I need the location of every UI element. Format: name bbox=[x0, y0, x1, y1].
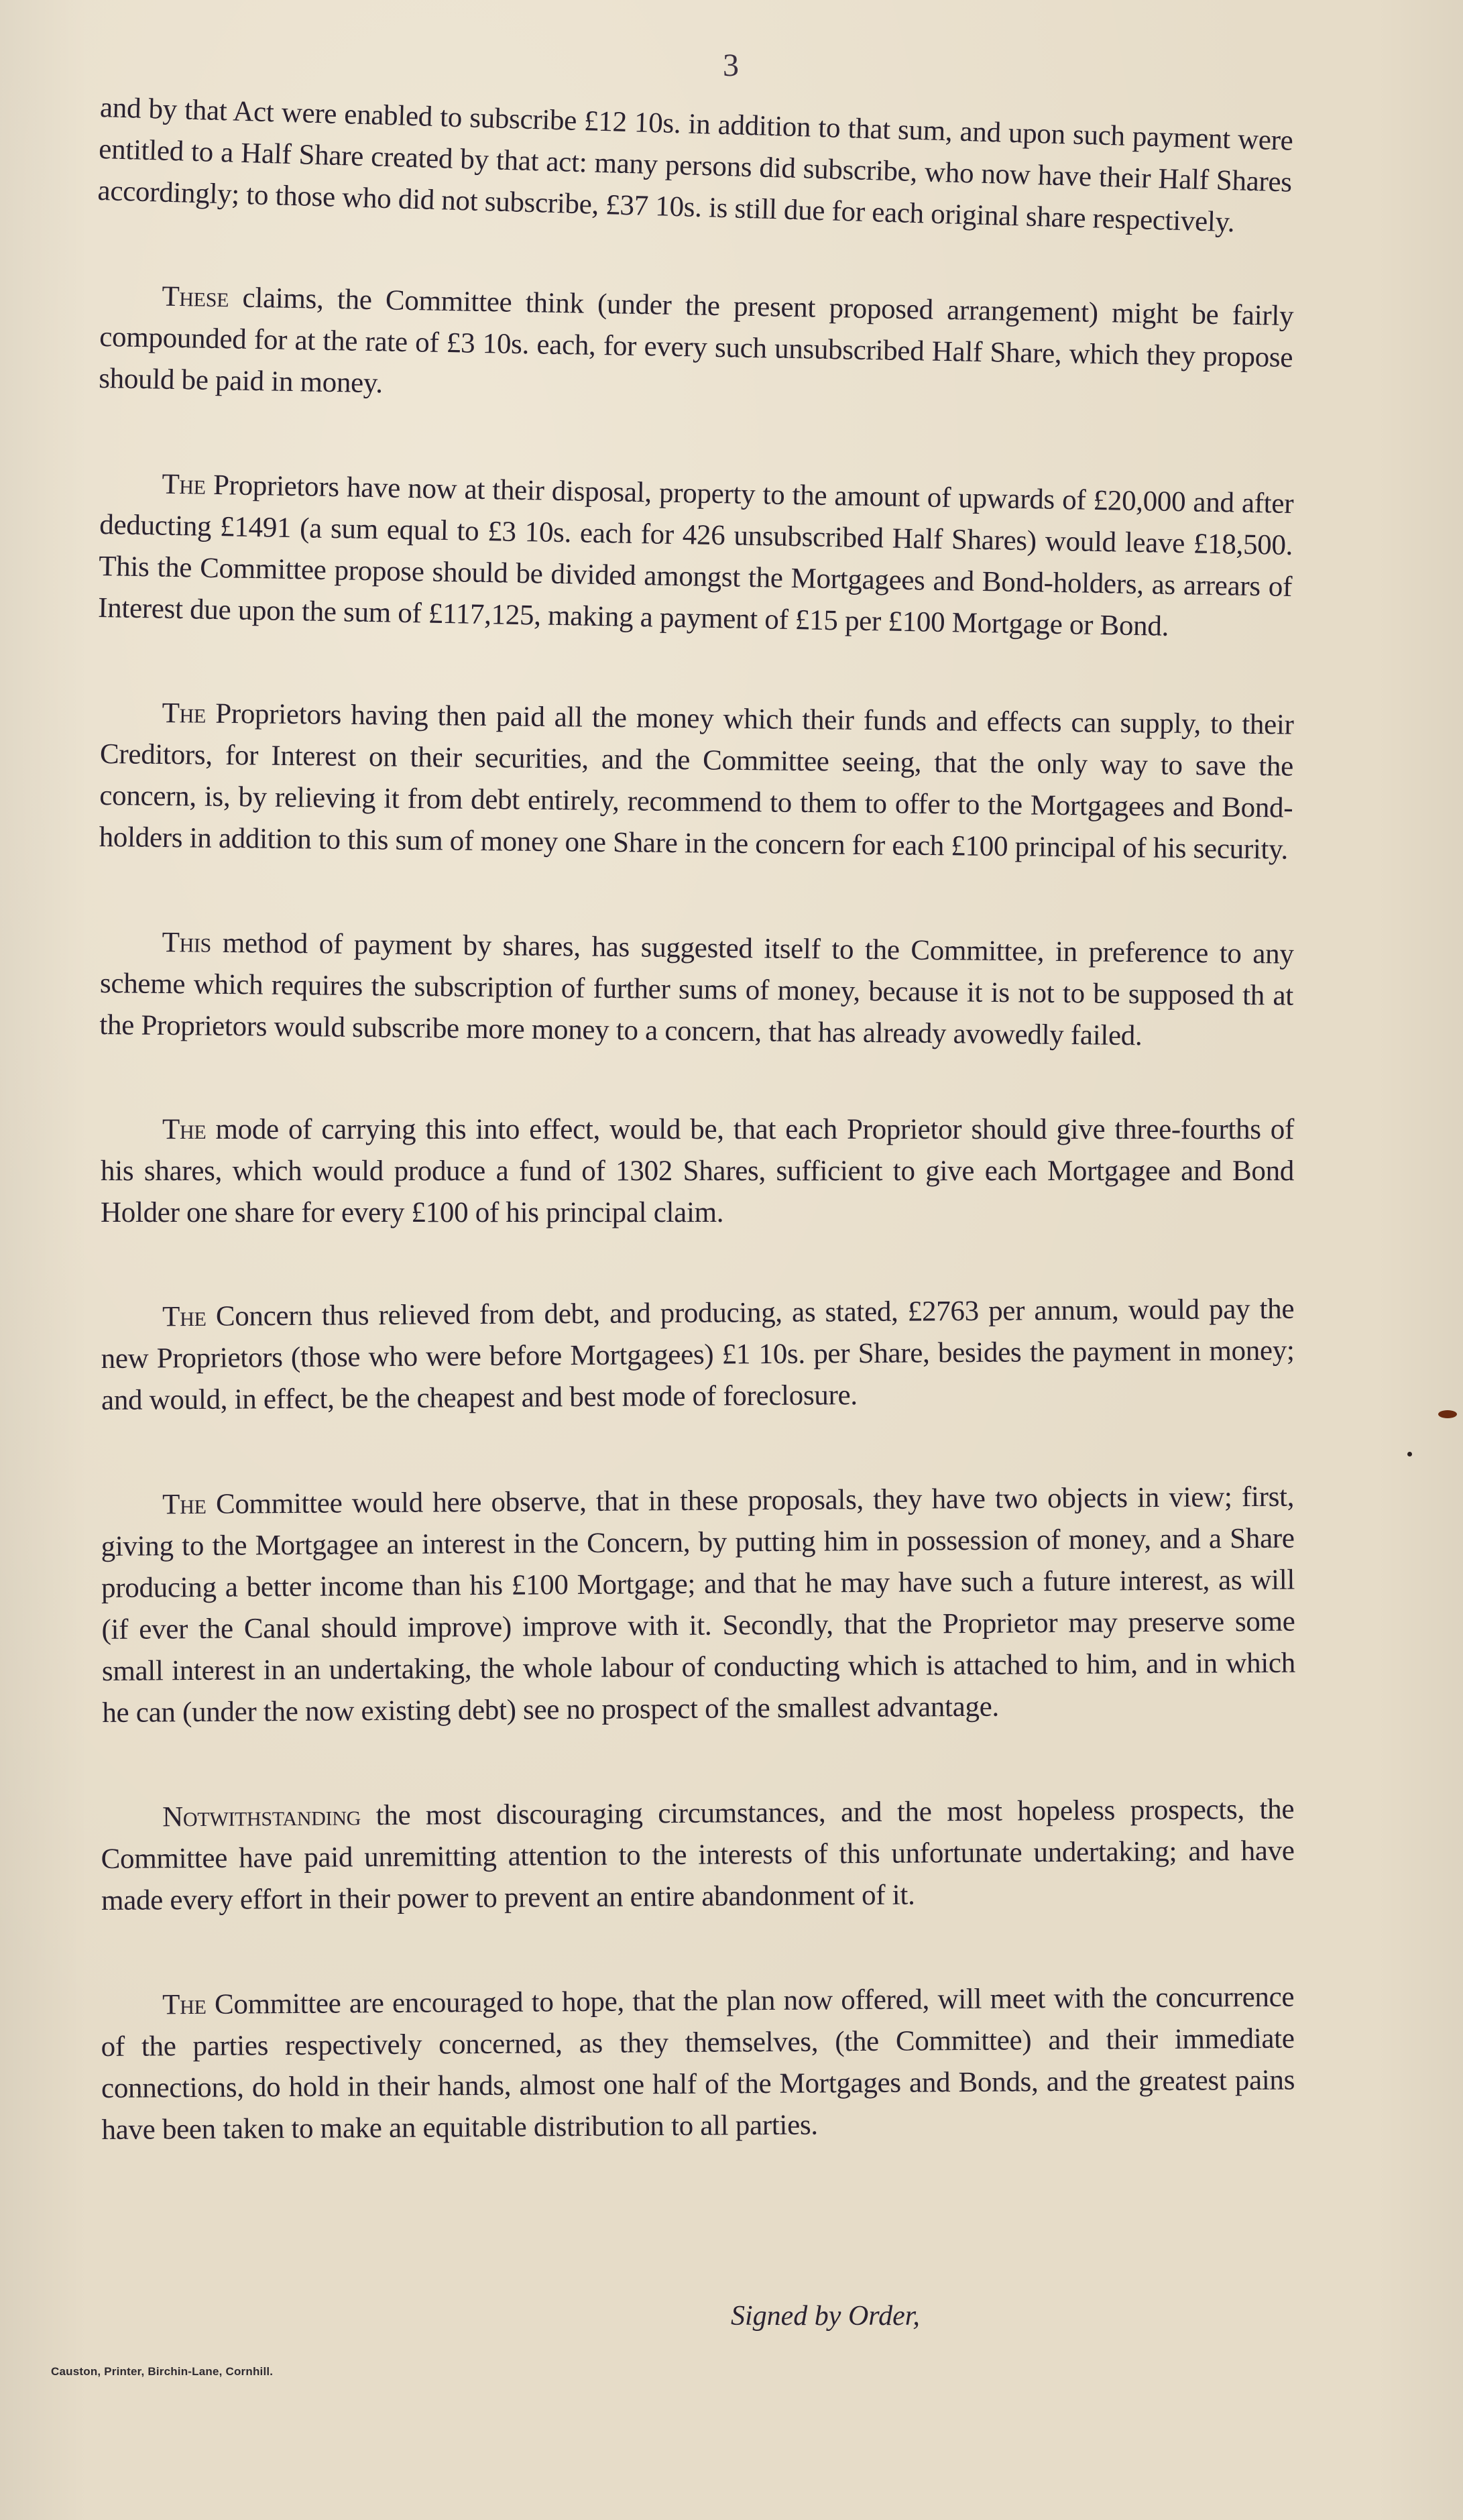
paragraph-encouraged: The Committee are encouraged to hope, th… bbox=[101, 1977, 1295, 2151]
paper-speck-mark bbox=[1407, 1452, 1412, 1456]
paragraph-lead: The bbox=[162, 697, 206, 730]
paragraph-text: method of payment by shares, has suggest… bbox=[99, 927, 1294, 1052]
paragraph-text: mode of carrying this into effect, would… bbox=[101, 1114, 1294, 1228]
paragraph-text: and by that Act were enabled to subscrib… bbox=[97, 92, 1293, 238]
paragraph-lead: The bbox=[162, 1114, 206, 1145]
paragraph-mode: The mode of carrying this into effect, w… bbox=[101, 1109, 1294, 1234]
paragraph-concern-relieved: The Concern thus relieved from debt, and… bbox=[101, 1289, 1295, 1422]
paragraph-payment-by-shares: This method of payment by shares, has su… bbox=[99, 921, 1294, 1059]
paragraph-disposal: The Proprietors have now at their dispos… bbox=[98, 463, 1294, 650]
paragraph-claims: These claims, the Committee think (under… bbox=[99, 275, 1294, 420]
paragraph-lead: This bbox=[162, 927, 211, 959]
paragraph-creditors: The Proprietors having then paid all the… bbox=[99, 692, 1293, 871]
printer-imprint: Causton, Printer, Birchin-Lane, Cornhill… bbox=[51, 2365, 273, 2379]
paragraph-continuation: and by that Act were enabled to subscrib… bbox=[97, 87, 1293, 245]
paragraph-text: Committee would here observe, that in th… bbox=[101, 1481, 1295, 1729]
paragraph-lead: The bbox=[162, 469, 206, 501]
paragraph-text: claims, the Committee think (under the p… bbox=[99, 282, 1294, 399]
body-text: and by that Act were enabled to subscrib… bbox=[101, 87, 1294, 2214]
signature-line: Signed by Order, bbox=[731, 2300, 920, 2332]
page-number: 3 bbox=[704, 47, 758, 84]
paragraph-lead: The bbox=[162, 1489, 207, 1520]
paragraph-lead: These bbox=[162, 281, 229, 314]
paragraph-two-objects: The Committee would here observe, that i… bbox=[101, 1477, 1296, 1734]
document-page: 3 and by that Act were enabled to subscr… bbox=[0, 0, 1463, 2520]
paragraph-text: Proprietors having then paid all the mon… bbox=[99, 698, 1293, 866]
paragraph-text: Committee are encouraged to hope, that t… bbox=[101, 1982, 1295, 2146]
paragraph-lead: Notwithstanding bbox=[162, 1800, 361, 1833]
paragraph-lead: The bbox=[162, 1301, 207, 1332]
paragraph-text: Proprietors have now at their disposal, … bbox=[98, 469, 1294, 642]
paragraph-text: Concern thus relieved from debt, and pro… bbox=[101, 1294, 1294, 1416]
paper-stain-mark bbox=[1438, 1410, 1457, 1418]
paragraph-lead: The bbox=[162, 1989, 207, 2020]
paragraph-notwithstanding: Notwithstanding the most discouraging ci… bbox=[101, 1789, 1295, 1922]
